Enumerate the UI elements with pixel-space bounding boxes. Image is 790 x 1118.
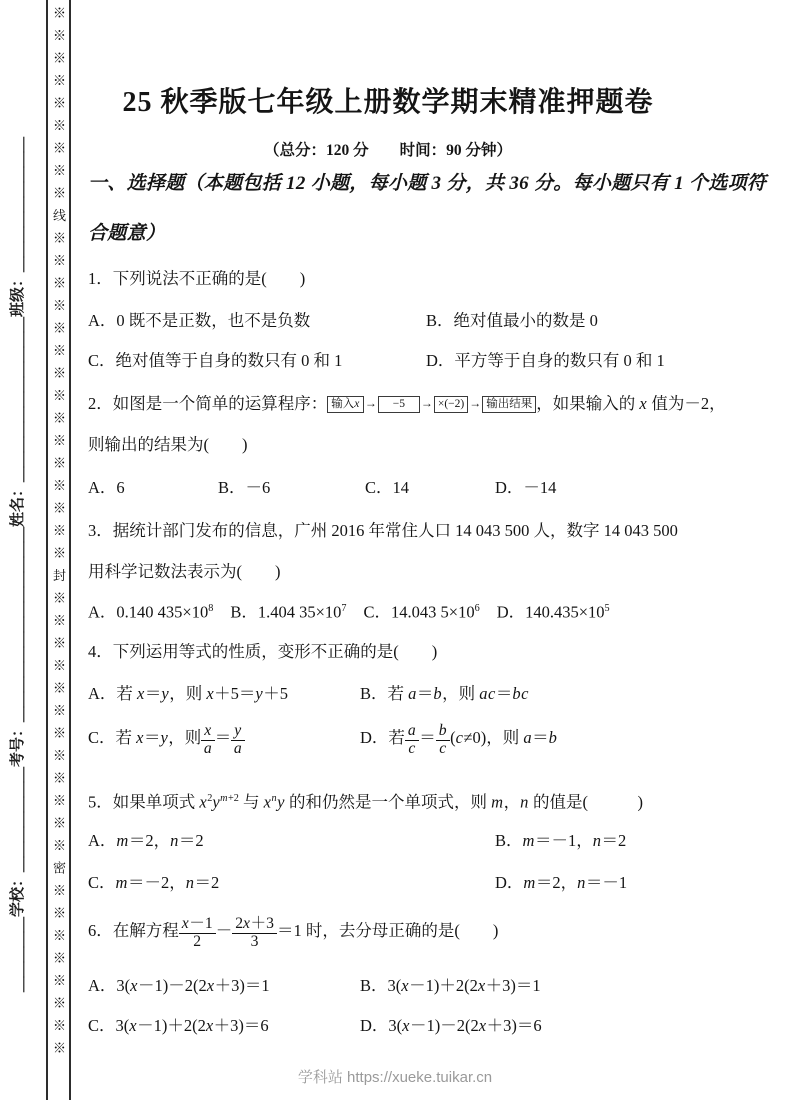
q3-option-c: C．14.043 5×106 (364, 597, 480, 625)
q3-options-row: A．0.140 435×108B．1.404 35×107C．14.043 5×… (88, 597, 610, 625)
q6-options-row1: A．3(x－1)－2(2x＋3)＝1B．3(x－1)＋2(2x＋3)＝1 (88, 974, 541, 998)
q2-option-d: D．－14 (495, 476, 556, 500)
q2-stem-post: ，如果输入的 x 值为－2， (536, 394, 725, 413)
flow-box-output: 输出结果 (482, 396, 536, 413)
q6-stem: 6．在解方程x－12－2x＋33＝1 时，去分母正确的是( ) (88, 916, 498, 951)
flow-box-input: 输入x (327, 396, 364, 413)
flow-box-minus-5: −5 (378, 396, 420, 413)
exam-paper-page: ＿＿＿＿＿学校：＿＿＿＿＿＿＿考号：＿＿＿＿＿＿＿＿＿＿＿＿＿姓名：＿＿＿＿＿＿… (0, 0, 790, 1118)
q6-options-row2: C．3(x－1)＋2(2x＋3)＝6D．3(x－1)－2(2x＋3)＝6 (88, 1014, 542, 1038)
q5-option-c: C．m＝－2，n＝2 (88, 871, 495, 895)
q4-option-c: C．若 x＝y，则xa＝ya (88, 723, 360, 758)
q2-stem-line1: 2．如图是一个简单的运算程序：输入x→−5→×(−2)→输出结果，如果输入的 x… (88, 391, 726, 416)
q5-option-d: D．m＝2，n＝－1 (495, 871, 627, 895)
section1-heading-line1: 一、选择题（本题包括 12 小题，每小题 3 分，共 36 分。每小题只有 1 … (88, 172, 766, 196)
paper-title: 25 秋季版七年级上册数学期末精准押题卷 (0, 80, 776, 120)
q4-option-b: B．若 a＝b，则 ac＝bc (360, 682, 529, 706)
q2-stem-line2: 则输出的结果为( ) (88, 433, 248, 457)
q5-option-a: A．m＝2，n＝2 (88, 829, 495, 853)
q2-stem-pre: 2．如图是一个简单的运算程序： (88, 394, 327, 413)
q4-option-d: D．若ac＝bc(c≠0)，则 a＝b (360, 723, 557, 758)
q3-option-b: B．1.404 35×107 (230, 597, 346, 625)
q6-option-b: B．3(x－1)＋2(2x＋3)＝1 (360, 974, 541, 998)
q5-options-row2: C．m＝－2，n＝2D．m＝2，n＝－1 (88, 871, 627, 895)
q3-stem-line2: 用科学记数法表示为( ) (88, 560, 281, 584)
footer: 学科站 https://xueke.tuikar.cn (0, 1066, 790, 1087)
seal-line-symbols: ※※※※※※※※※线※※※※※※※※※※※※※※※封※※※※※※※※※※※※密※… (48, 6, 69, 1092)
section1-heading-line2: 合题意） (88, 222, 165, 246)
q1-stem: 1．下列说法不正确的是( ) (88, 267, 305, 291)
footer-link[interactable]: 学科站 https://xueke.tuikar.cn (298, 1069, 492, 1086)
q5-option-b: B．m＝－1，n＝2 (495, 829, 626, 853)
q4-options-row2: C．若 x＝y，则xa＝yaD．若ac＝bc(c≠0)，则 a＝b (88, 723, 557, 758)
flow-arrow-icon: → (421, 396, 433, 410)
q2-option-a: A．6 (88, 476, 218, 500)
q2-flowchart: 输入x→−5→×(−2)→输出结果 (327, 394, 536, 413)
q6-option-a: A．3(x－1)－2(2x＋3)＝1 (88, 974, 360, 998)
student-info-fill-labels: ＿＿＿＿＿学校：＿＿＿＿＿＿＿考号：＿＿＿＿＿＿＿＿＿＿＿＿＿姓名：＿＿＿＿＿＿… (6, 130, 30, 992)
q1-option-d: D．平方等于自身的数只有 0 和 1 (426, 349, 665, 373)
flow-box-times-neg2: ×(−2) (434, 396, 468, 413)
q4-option-a: A．若 x＝y，则 x＋5＝y＋5 (88, 682, 360, 706)
q2-options-row: A．6B．－6C．14D．－14 (88, 476, 556, 500)
q5-stem: 5．如果单项式 x2ym+2 与 xny 的和仍然是一个单项式，则 m，n 的值… (88, 787, 643, 815)
q3-option-a: A．0.140 435×108 (88, 597, 213, 625)
q4-stem: 4．下列运用等式的性质，变形不正确的是( ) (88, 640, 437, 664)
flow-arrow-icon: → (469, 396, 481, 410)
q4-options-row1: A．若 x＝y，则 x＋5＝y＋5B．若 a＝b，则 ac＝bc (88, 682, 529, 706)
paper-subtitle: （总分：120 分 时间：90 分钟） (0, 138, 776, 160)
q1-option-c: C．绝对值等于自身的数只有 0 和 1 (88, 349, 426, 373)
q2-option-c: C．14 (365, 476, 495, 500)
q1-options-row1: A．0 既不是正数，也不是负数B．绝对值最小的数是 0 (88, 309, 598, 333)
seal-line: ※※※※※※※※※线※※※※※※※※※※※※※※※封※※※※※※※※※※※※密※… (46, 0, 71, 1100)
q1-options-row2: C．绝对值等于自身的数只有 0 和 1D．平方等于自身的数只有 0 和 1 (88, 349, 665, 373)
q6-option-c: C．3(x－1)＋2(2x＋3)＝6 (88, 1014, 360, 1038)
q2-option-b: B．－6 (218, 476, 365, 500)
q1-option-b: B．绝对值最小的数是 0 (426, 309, 598, 333)
flow-arrow-icon: → (365, 396, 377, 410)
q3-option-d: D．140.435×105 (497, 597, 610, 625)
q5-options-row1: A．m＝2，n＝2B．m＝－1，n＝2 (88, 829, 626, 853)
q3-stem-line1: 3．据统计部门发布的信息，广州 2016 年常住人口 14 043 500 人，… (88, 519, 678, 543)
q6-option-d: D．3(x－1)－2(2x＋3)＝6 (360, 1014, 542, 1038)
q1-option-a: A．0 既不是正数，也不是负数 (88, 309, 426, 333)
